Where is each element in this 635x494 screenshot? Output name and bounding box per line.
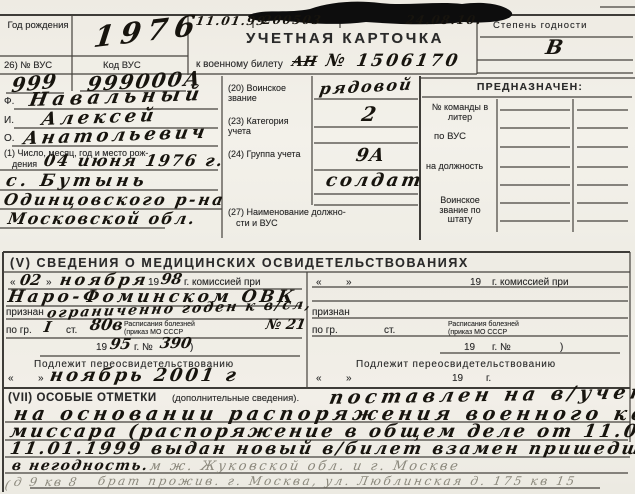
left-paren: ) (190, 343, 193, 354)
registration-card-scan: Год рождения 1976 11.01.99 200503 24.08.… (0, 0, 635, 494)
left-order-year-prefix: 19 (96, 343, 107, 354)
position-label-line2: сти и ВУС (236, 219, 278, 229)
left-reexam-quote-open: « (8, 374, 14, 385)
left-exam-month: ноября (59, 272, 150, 288)
left-schedule-line1: Расписания болезней (124, 321, 195, 329)
assigned-row-label-rank: Воинское звание по штату (426, 196, 494, 225)
birth-place-value-line3: Московской обл. (7, 211, 198, 227)
birth-date-value: 04 июня 1976 г. (43, 153, 226, 169)
assigned-row-label-position: на должность (426, 162, 483, 172)
right-reexam-quote-open: « (316, 374, 322, 385)
pencil-note-address-house: д 9 кв 8 (13, 476, 80, 488)
group-value-code: 9А (354, 147, 386, 165)
right-order-year-prefix: 19 (464, 343, 475, 354)
assigned-row-label-vus: по ВУС (434, 132, 466, 142)
pencil-note-line2: брат прожив. г. Москва, ул. Люблинская д… (97, 475, 578, 487)
left-exam-year: 98 (160, 272, 184, 287)
right-order-label: г. № (492, 343, 511, 354)
registration-note-date-2: 24.08.10. (405, 14, 483, 26)
right-schedule-line2: (приказ МО СССР (448, 329, 507, 337)
right-quote-open: « (316, 278, 322, 289)
military-ticket-series: АН (291, 55, 318, 69)
left-order-number: 390 (159, 336, 193, 351)
position-label-line1: (27) Наименование должно- (228, 208, 346, 218)
registration-note-date: 11.01.99 (195, 15, 268, 27)
group-value-word: солдат (324, 172, 425, 190)
fitness-label: Степень годности (493, 21, 587, 31)
group-label: (24) Группа учета (228, 150, 310, 160)
right-recognized-label: признан (312, 308, 350, 319)
right-article-label: ст. (384, 326, 395, 337)
left-reexam-value: ноябрь 2001 г (48, 367, 240, 385)
registration-note-number: 200503 (262, 14, 323, 26)
birth-place-value-line2: Одинцовского р-на (3, 192, 227, 208)
assigned-row-label-command: № команды в литер (426, 103, 494, 122)
pencil-note-line1: м ж. Жуковской обл. и г. Москве (149, 460, 462, 473)
rank-label: (20) Воинское звание (228, 84, 310, 103)
surname-label: Ф. (4, 97, 14, 108)
left-item-note: № 21 (265, 318, 307, 332)
right-paren: ) (560, 343, 563, 354)
right-schedule-line1: Расписания болезней (448, 321, 519, 329)
right-reexam-year: 19 (452, 374, 463, 385)
left-reexam-quote-close: » (38, 374, 44, 385)
assigned-header: ПРЕДНАЗНАЧЕН: (430, 82, 630, 93)
category-label: (23) Категория учета (228, 117, 310, 136)
first-name-label: И. (4, 116, 14, 127)
left-recognized-label: признан (6, 308, 44, 319)
birth-year-label: Год рождения (6, 21, 70, 31)
right-group-label: по гр. (312, 326, 338, 337)
fitness-value: В (544, 37, 564, 57)
left-order-label: г. № (134, 343, 153, 354)
medical-section-header: (V) СВЕДЕНИЯ О МЕДИЦИНСКИХ ОСВИДЕТЕЛЬСТВ… (10, 257, 469, 271)
special-note-line3: 11.01.1999 выдан новый в/билет взамен пр… (9, 441, 635, 458)
military-ticket-number: № 1506170 (325, 53, 462, 70)
left-article-label: ст. (66, 326, 77, 337)
right-reexam-quote-close: » (346, 374, 352, 385)
military-ticket-label: к военному билету (196, 60, 283, 71)
patronymic-label: О. (4, 134, 15, 145)
left-group-label: по гр. (6, 326, 32, 337)
right-commission-suffix: г. комиссией при (492, 278, 569, 289)
card-title: УЧЕТНАЯ КАРТОЧКА (210, 31, 480, 47)
left-exam-day: 02 (19, 273, 43, 288)
right-year-prefix: 19 (470, 278, 481, 289)
special-note-line4: в негодность. (11, 459, 150, 473)
birth-place-value-line1: с. Бутынь (5, 173, 150, 190)
right-reexam-label: Подлежит переосвидетельствованию (356, 360, 556, 371)
left-article-value: 80в (89, 317, 125, 333)
left-order-year: 95 (109, 337, 133, 352)
birth-place-label-line2: дения (12, 160, 37, 170)
right-quote-close: » (346, 278, 352, 289)
